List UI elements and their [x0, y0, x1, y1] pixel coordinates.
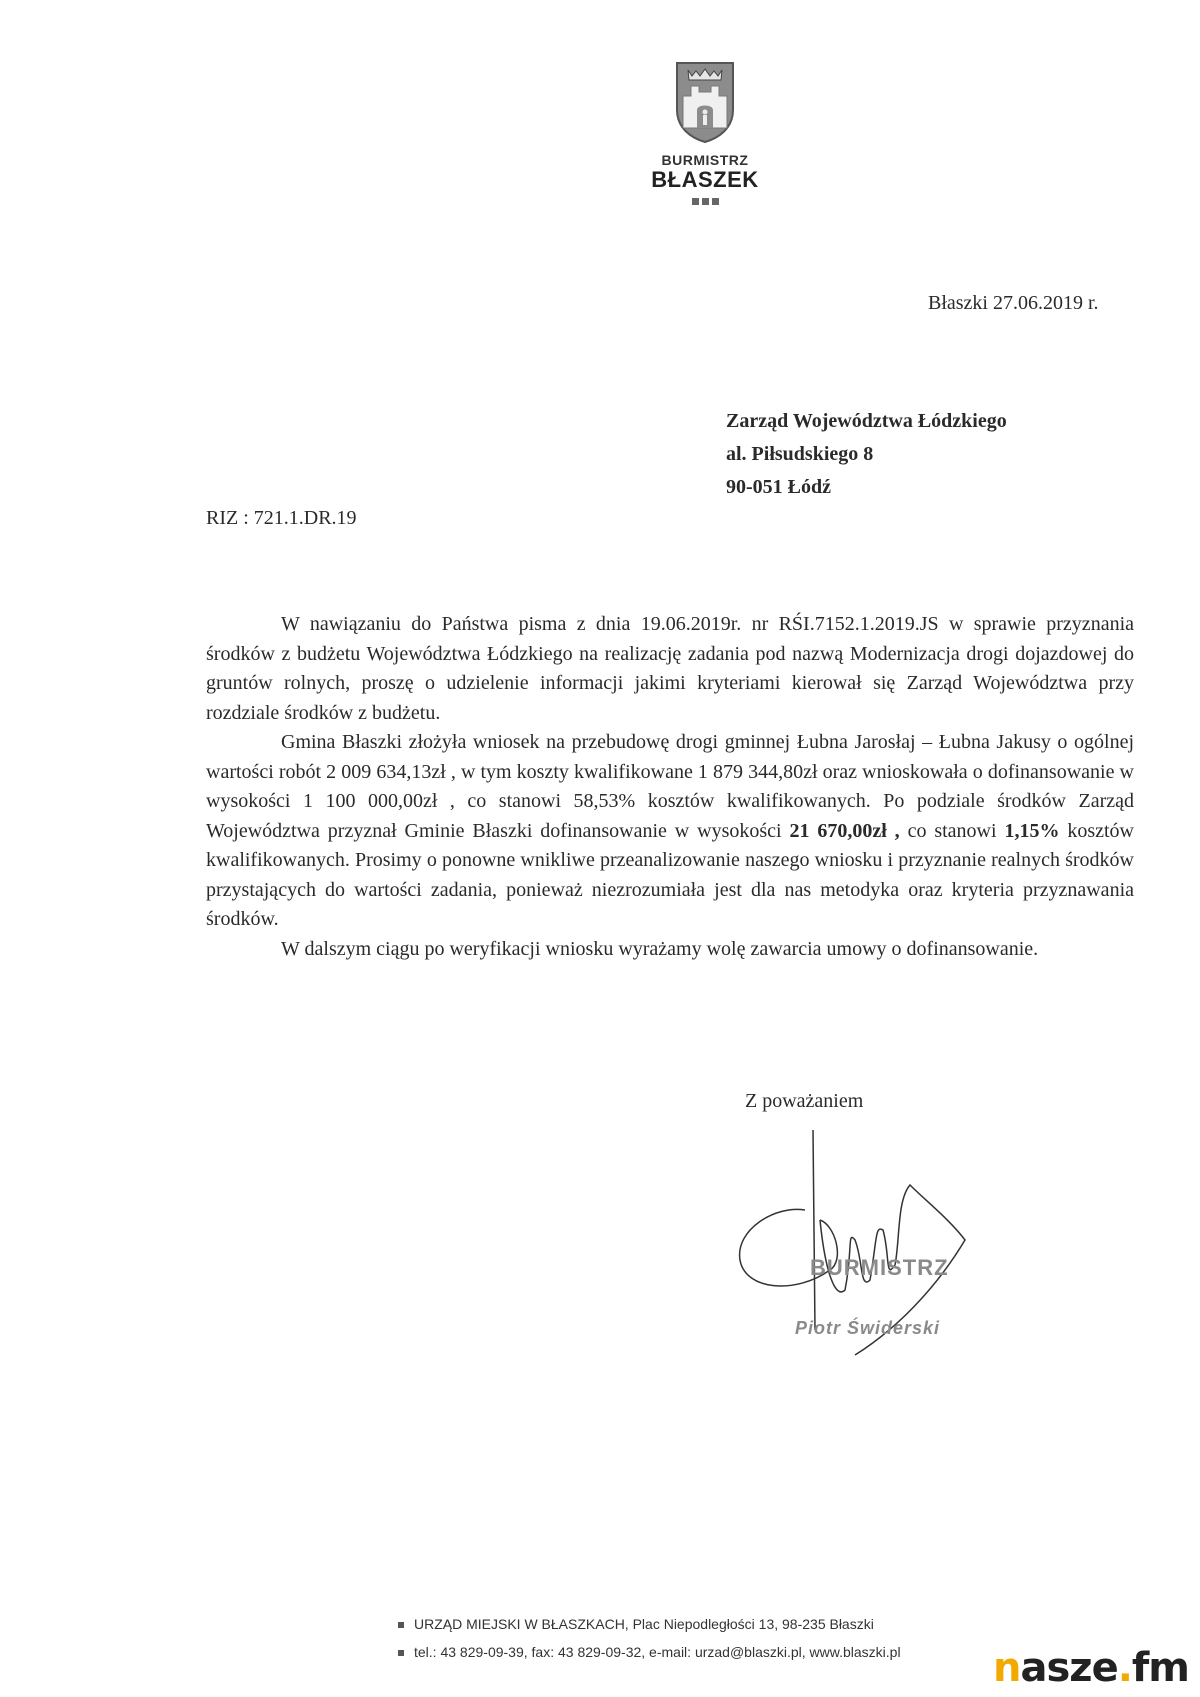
awarded-percent: 1,15%: [1004, 820, 1059, 842]
recipient-street: al. Piłsudskiego 8: [726, 438, 1007, 471]
bullet-icon: [398, 1622, 404, 1628]
bullet-icon: [398, 1650, 404, 1656]
watermark-dot: .: [1118, 1645, 1132, 1691]
footer-address: URZĄD MIEJSKI W BŁASZKACH, Plac Niepodle…: [398, 1610, 901, 1638]
footer-address-text: URZĄD MIEJSKI W BŁASZKACH, Plac Niepodle…: [414, 1616, 874, 1632]
awarded-amount: 21 670,00zł ,: [789, 820, 899, 842]
letter-body: W nawiązaniu do Państwa pisma z dnia 19.…: [206, 610, 1134, 964]
stamp-title: BURMISTRZ: [810, 1255, 949, 1281]
footer-contact: tel.: 43 829-09-39, fax: 43 829-09-32, e…: [398, 1638, 901, 1666]
footer: URZĄD MIEJSKI W BŁASZKACH, Plac Niepodle…: [398, 1610, 901, 1666]
paragraph-3: W dalszym ciągu po weryfikacji wniosku w…: [206, 935, 1134, 965]
reference-number: RIZ : 721.1.DR.19: [206, 507, 357, 530]
watermark-middle: asze: [1020, 1645, 1117, 1691]
paragraph-2-text-b: co stanowi: [900, 820, 1005, 842]
letter-date: Błaszki 27.06.2019 r.: [928, 292, 1099, 315]
letterhead-town: BŁASZEK: [630, 168, 780, 192]
stamp-name: Piotr Świderski: [795, 1318, 940, 1339]
letterhead-title: BURMISTRZ: [630, 152, 780, 168]
footer-contact-text: tel.: 43 829-09-39, fax: 43 829-09-32, e…: [414, 1644, 901, 1660]
letterhead: BURMISTRZ BŁASZEK: [630, 60, 780, 205]
paragraph-1: W nawiązaniu do Państwa pisma z dnia 19.…: [206, 610, 1134, 728]
watermark-first-letter: n: [993, 1645, 1020, 1691]
recipient-address: Zarząd Województwa Łódzkiego al. Piłsuds…: [726, 405, 1007, 504]
closing-phrase: Z poważaniem: [745, 1090, 863, 1113]
recipient-city: 90-051 Łódź: [726, 471, 1007, 504]
decorative-dots: [630, 198, 780, 205]
coat-of-arms-icon: [674, 60, 736, 144]
watermark-logo: nasze.fm: [993, 1645, 1189, 1691]
paragraph-2: Gmina Błaszki złożyła wniosek na przebud…: [206, 728, 1134, 935]
recipient-name: Zarząd Województwa Łódzkiego: [726, 405, 1007, 438]
watermark-suffix: fm: [1132, 1645, 1189, 1691]
